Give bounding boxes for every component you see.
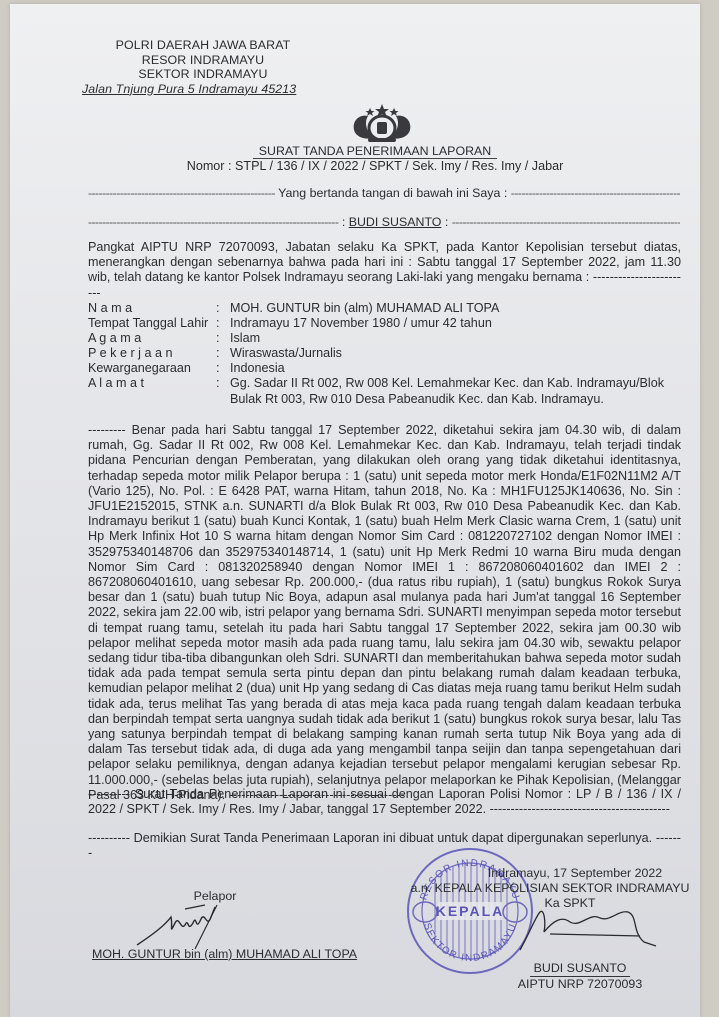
identity-row: Kewarganegaraan:Indonesia xyxy=(88,361,688,376)
reporter-name: MOH. GUNTUR bin (alm) MUHAMAD ALI TOPA xyxy=(92,947,357,961)
reporter-label: Pelapor xyxy=(80,889,350,903)
officer-rank: AIPTU NRP 72070093 xyxy=(390,977,690,992)
colon: : xyxy=(342,215,349,229)
identity-value: Indramayu 17 November 1980 / umur 42 tah… xyxy=(230,316,688,331)
document-number: Nomor : STPL / 136 / IX / 2022 / SPKT / … xyxy=(180,159,570,173)
closing-paragraph: ---------- Demikian Surat Tanda Penerima… xyxy=(88,831,681,861)
letterhead-address: Jalan Tnjung Pura 5 Indramayu 45213 xyxy=(82,82,316,97)
identity-row: Tempat Tanggal Lahir:Indramayu 17 Novemb… xyxy=(88,316,688,331)
undersigned-text: Yang bertanda tangan di bawah ini Saya : xyxy=(278,186,507,200)
identity-label: A l a m a t xyxy=(88,376,214,406)
identity-colon: : xyxy=(214,331,230,346)
identity-colon: : xyxy=(214,346,230,361)
officer-name: BUDI SUSANTO xyxy=(349,215,442,229)
dash-fill: ----------------------------------------… xyxy=(88,215,338,229)
identity-label: P e k e r j a a n xyxy=(88,346,214,361)
identity-colon: : xyxy=(214,316,230,331)
officer-signature-block: Indramayu, 17 September 2022 a.n. KEPALA… xyxy=(390,866,690,992)
identity-colon: : xyxy=(214,301,230,316)
dash-fill: ----------------------------------------… xyxy=(88,186,275,200)
undersigned-line: ----------------------------------------… xyxy=(88,186,680,200)
identity-label: Kewarganegaraan xyxy=(88,361,214,376)
identity-colon: : xyxy=(214,376,230,406)
reporter-signature-block: Pelapor MOH. GUNTUR bin (alm) MUHAMAD AL… xyxy=(90,889,350,903)
identity-value: MOH. GUNTUR bin (alm) MUHAMAD ALI TOPA xyxy=(230,301,688,316)
identity-colon: : xyxy=(214,361,230,376)
document-title: SURAT TANDA PENERIMAAN LAPORAN xyxy=(253,144,498,159)
officer-name-wrap: BUDI SUSANTO xyxy=(390,911,690,977)
document-title-block: SURAT TANDA PENERIMAAN LAPORAN Nomor : S… xyxy=(180,144,570,173)
letterhead: POLRI DAERAH JAWA BARAT RESOR INDRAMAYU … xyxy=(90,38,316,96)
reporter-identity-table: N a m a:MOH. GUNTUR bin (alm) MUHAMAD AL… xyxy=(88,301,688,407)
identity-label: N a m a xyxy=(88,301,214,316)
identity-label: A g a m a xyxy=(88,331,214,346)
officer-name-line: ----------------------------------------… xyxy=(88,215,680,229)
report-paragraph: --------- Benar pada hari Sabtu tanggal … xyxy=(88,423,681,803)
letterhead-line-3: SEKTOR INDRAMAYU xyxy=(90,67,316,82)
identity-row: A g a m a:Islam xyxy=(88,331,688,346)
identity-value: Islam xyxy=(230,331,688,346)
intro-paragraph: Pangkat AIPTU NRP 72070093, Jabatan sela… xyxy=(88,240,681,301)
letterhead-line-1: POLRI DAERAH JAWA BARAT xyxy=(90,38,316,53)
officer-signature-name: BUDI SUSANTO xyxy=(530,961,631,977)
identity-value: Indonesia xyxy=(230,361,688,376)
colon: : xyxy=(441,215,448,229)
reporter-signature-icon xyxy=(135,903,255,949)
position-title: Ka SPKT xyxy=(390,896,690,911)
identity-label: Tempat Tanggal Lahir xyxy=(88,316,214,331)
letterhead-line-2: RESOR INDRAMAYU xyxy=(90,53,316,68)
polri-emblem-icon xyxy=(346,102,418,144)
identity-row: P e k e r j a a n:Wiraswasta/Jurnalis xyxy=(88,346,688,361)
document-page: POLRI DAERAH JAWA BARAT RESOR INDRAMAYU … xyxy=(10,4,700,1017)
identity-row: N a m a:MOH. GUNTUR bin (alm) MUHAMAD AL… xyxy=(88,301,688,316)
dash-fill: ----------------------------------------… xyxy=(452,215,680,229)
reference-paragraph: ---------- Surat Tanda Penerimaan Lapora… xyxy=(88,787,681,817)
identity-value: Gg. Sadar II Rt 002, Rw 008 Kel. Lemahme… xyxy=(230,376,688,406)
identity-value: Wiraswasta/Jurnalis xyxy=(230,346,688,361)
place-date: Indramayu, 17 September 2022 xyxy=(390,866,690,881)
dash-fill: ----------------------------------------… xyxy=(511,186,680,200)
on-behalf-of: a.n. KEPALA KEPOLISIAN SEKTOR INDRAMAYU xyxy=(390,881,690,896)
identity-row: A l a m a t:Gg. Sadar II Rt 002, Rw 008 … xyxy=(88,376,688,406)
